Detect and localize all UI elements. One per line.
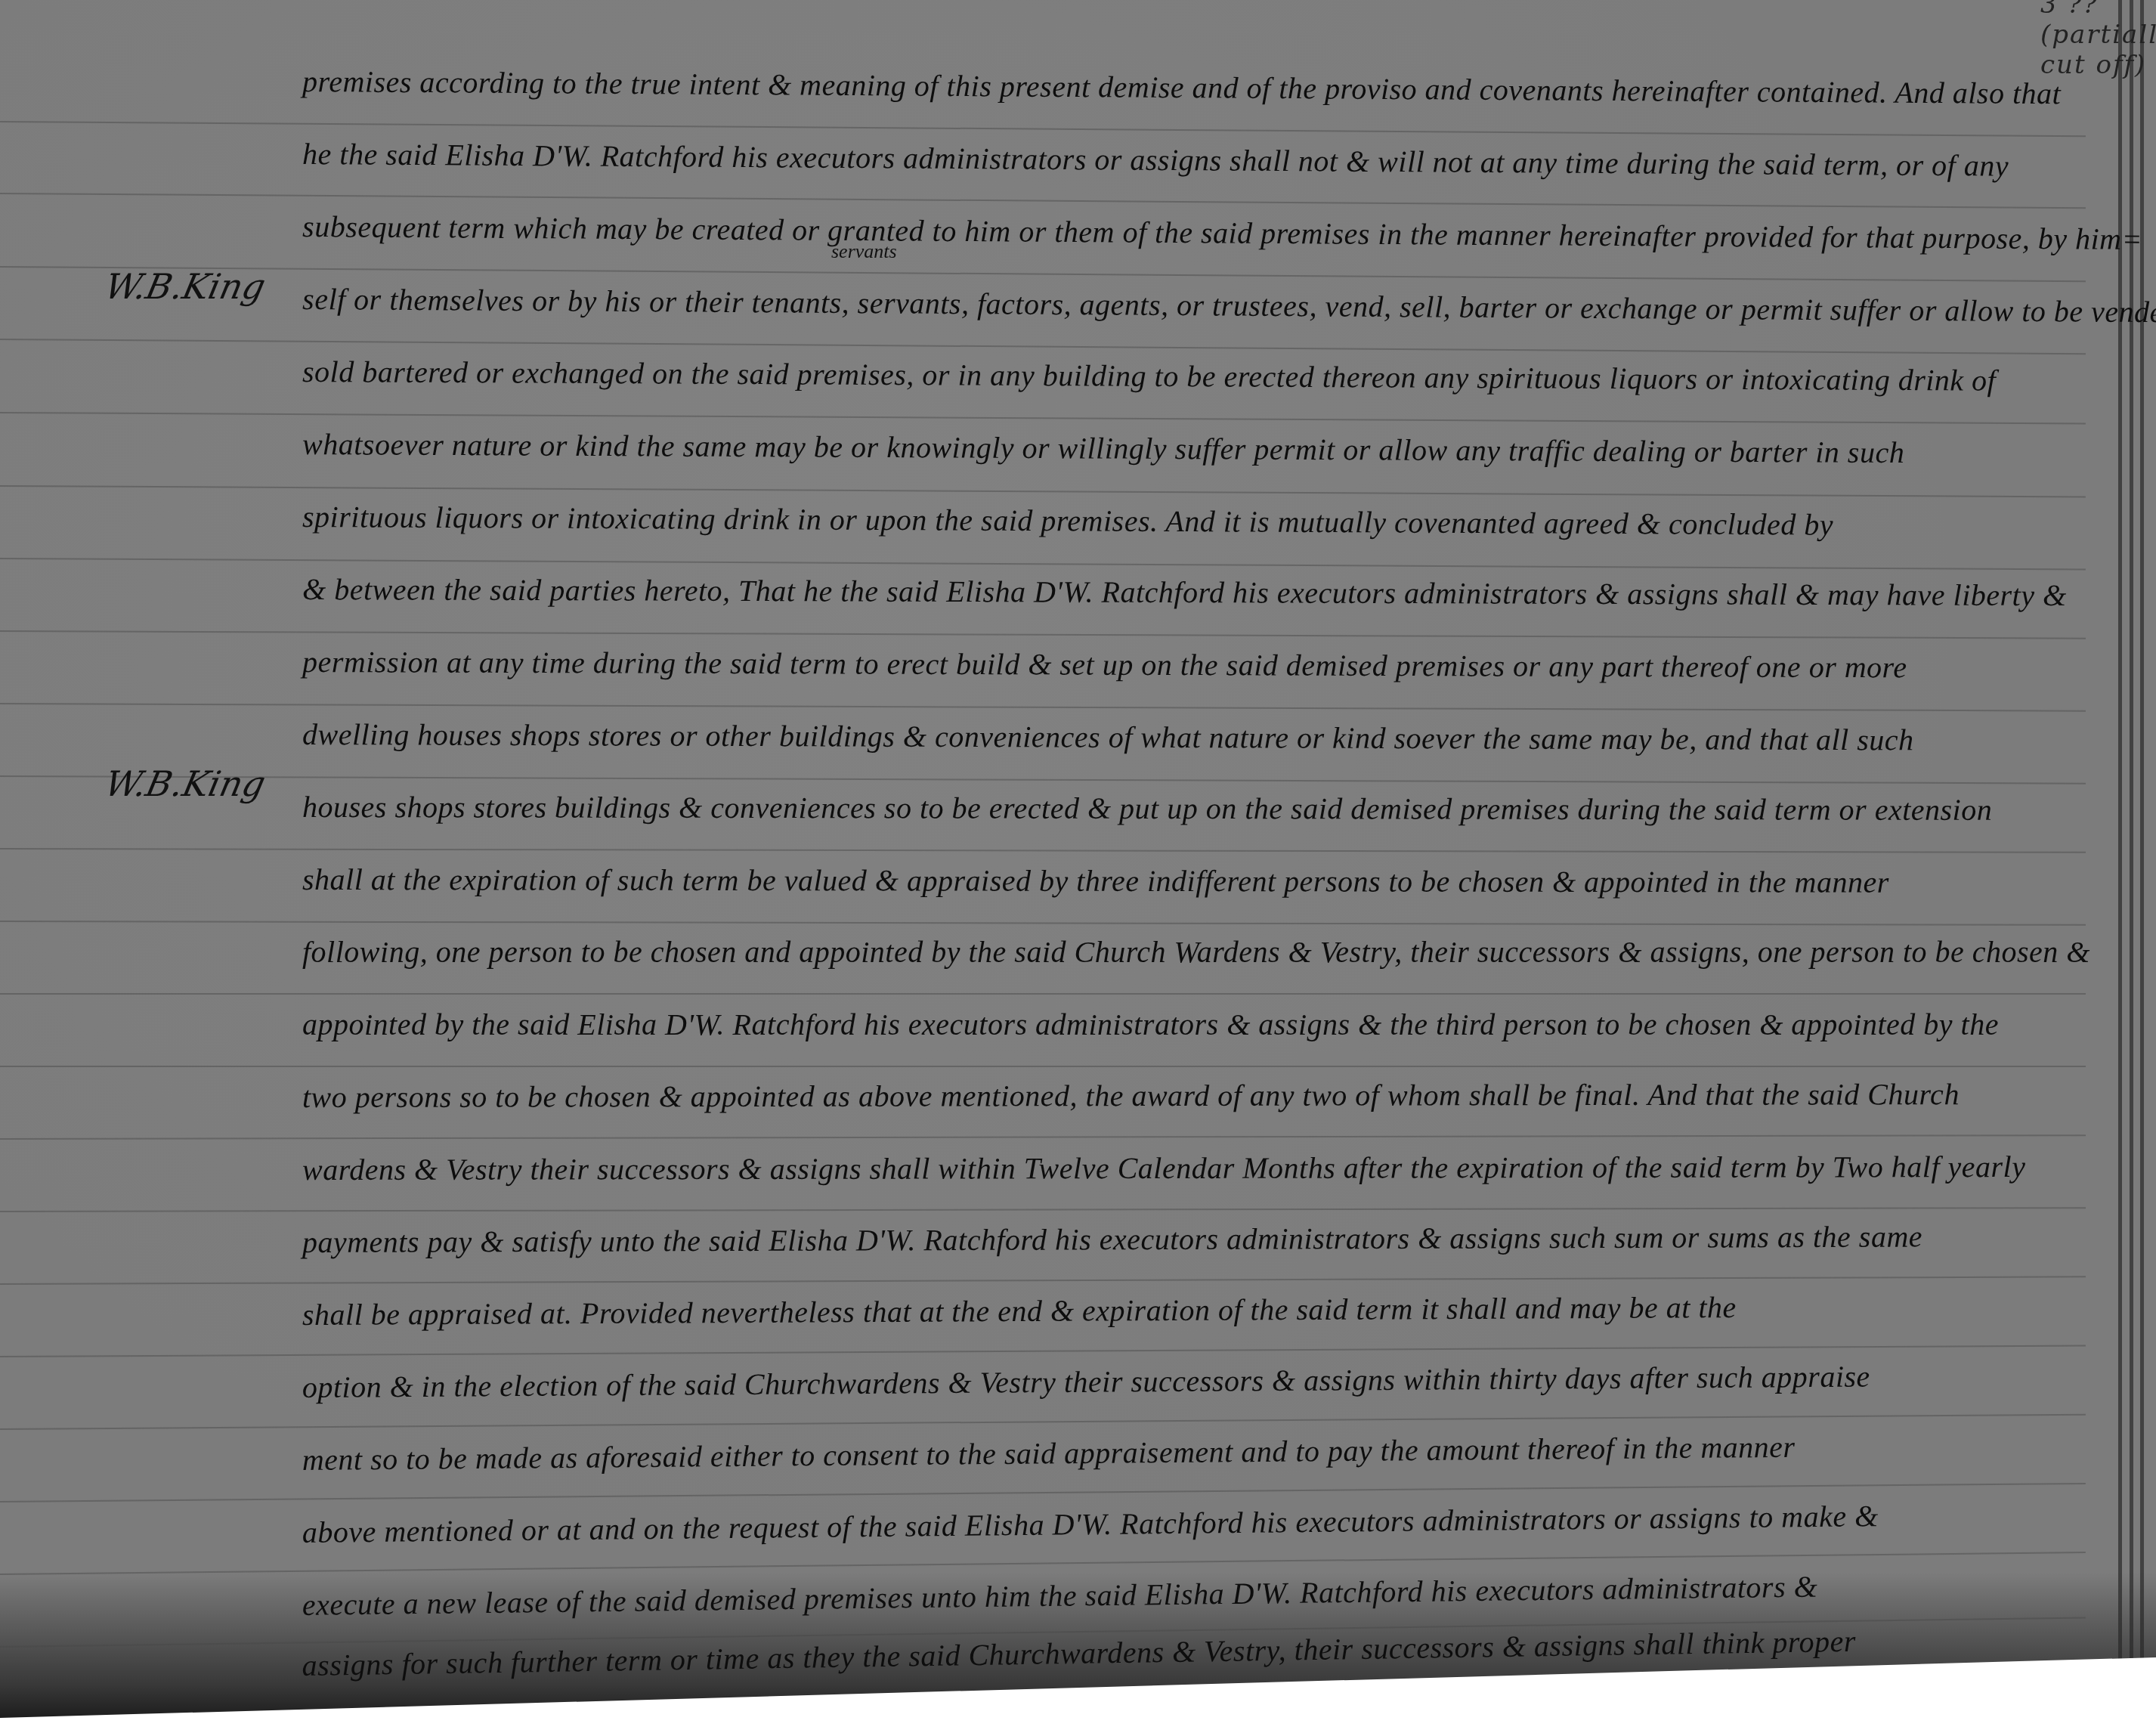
ruled-line bbox=[0, 1066, 2086, 1067]
text-line: dwelling houses shops stores or other bu… bbox=[302, 716, 2101, 758]
ruled-line bbox=[0, 848, 2086, 853]
text-line: shall be appraised at. Provided neverthe… bbox=[302, 1288, 2101, 1332]
text-line: option & in the election of the said Chu… bbox=[302, 1357, 2101, 1405]
ruled-line bbox=[0, 1134, 2086, 1140]
ruled-line bbox=[0, 121, 2086, 137]
text-line: ment so to be made as aforesaid either t… bbox=[302, 1426, 2101, 1478]
text-line: appointed by the said Elisha D'W. Ratchf… bbox=[302, 1007, 2101, 1042]
margin-note-signature: W.B.King bbox=[101, 763, 269, 804]
ruled-line bbox=[0, 921, 2086, 926]
ruled-line bbox=[0, 630, 2086, 639]
text-line: he the said Elisha D'W. Ratchford his ex… bbox=[302, 136, 2101, 184]
ledger-page: 3 ?? (partially cut off) W.B.King W.B.Ki… bbox=[0, 0, 2156, 1733]
text-line: self or themselves or by his or their te… bbox=[302, 281, 2101, 330]
text-line: subsequent term which may be created or … bbox=[302, 209, 2101, 257]
ruled-line bbox=[0, 339, 2086, 354]
ruled-line bbox=[0, 775, 2086, 784]
ruled-line bbox=[0, 1414, 2086, 1430]
text-line: houses shops stores buildings & convenie… bbox=[302, 789, 2101, 828]
ruled-line bbox=[0, 703, 2086, 712]
text-line: shall at the expiration of such term be … bbox=[302, 862, 2101, 900]
page-number: 3 ?? (partially cut off) bbox=[2040, 0, 2156, 80]
text-line: two persons so to be chosen & appointed … bbox=[302, 1076, 2101, 1115]
text-line: sold bartered or exchanged on the said p… bbox=[302, 354, 2101, 398]
text-line: spirituous liquors or intoxicating drink… bbox=[302, 499, 2101, 543]
ruled-line bbox=[0, 1207, 2086, 1212]
ruled-line bbox=[0, 1276, 2086, 1285]
ruled-line bbox=[0, 993, 2086, 995]
text-line: & between the said parties hereto, That … bbox=[302, 571, 2101, 613]
text-line: permission at any time during the said t… bbox=[302, 644, 2101, 685]
ruled-line bbox=[0, 1345, 2086, 1357]
text-line: execute a new lease of the said demised … bbox=[302, 1565, 2100, 1623]
margin-note-signature: W.B.King bbox=[101, 266, 269, 307]
text-line: whatsoever nature or kind the same may b… bbox=[302, 426, 2101, 471]
text-line: premises according to the true intent & … bbox=[302, 63, 2101, 112]
ruled-line bbox=[0, 485, 2086, 497]
ruled-line bbox=[0, 412, 2086, 424]
ruled-line bbox=[0, 558, 2086, 570]
ruled-line bbox=[0, 193, 2086, 209]
text-line: payments pay & satisfy unto the said Eli… bbox=[302, 1218, 2101, 1260]
text-line: wardens & Vestry their successors & assi… bbox=[302, 1149, 2101, 1187]
ruled-line bbox=[0, 266, 2086, 282]
text-line: following, one person to be chosen and a… bbox=[302, 934, 2101, 970]
text-line: above mentioned or at and on the request… bbox=[302, 1496, 2101, 1550]
